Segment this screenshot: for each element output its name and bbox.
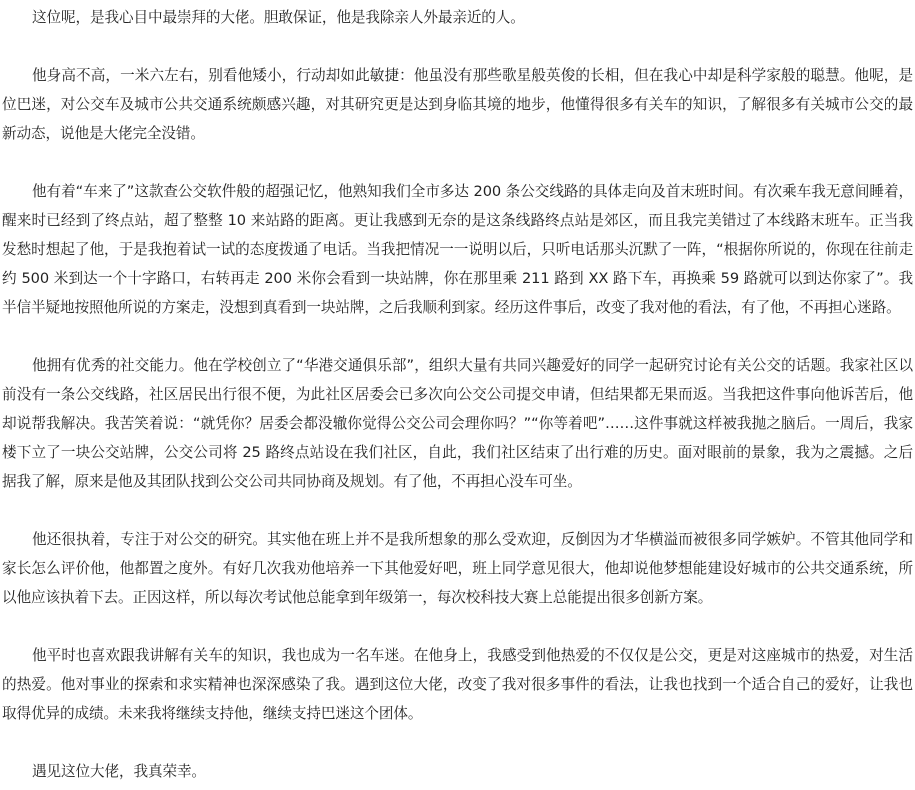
document-body: 这位呢，是我心目中最崇拜的大佬。胆敢保证，他是我除亲人外最亲近的人。 他身高不高… (0, 0, 915, 786)
paragraph-memory-story: 他有着“车来了”这款查公交软件般的超强记忆，他熟知我们全市多达 200 条公交线… (2, 177, 913, 322)
paragraph-description: 他身高不高，一米六左右，别看他矮小，行动却如此敏捷：他虽没有那些歌星般英俊的长相… (2, 61, 913, 148)
paragraph-social-ability: 他拥有优秀的社交能力。他在学校创立了“华港交通俱乐部”，组织大量有共同兴趣爱好的… (2, 351, 913, 496)
paragraph-persistence: 他还很执着，专注于对公交的研究。其实他在班上并不是我所想象的那么受欢迎，反倒因为… (2, 525, 913, 612)
paragraph-intro: 这位呢，是我心目中最崇拜的大佬。胆敢保证，他是我除亲人外最亲近的人。 (2, 3, 913, 32)
paragraph-influence: 他平时也喜欢跟我讲解有关车的知识，我也成为一名车迷。在他身上，我感受到他热爱的不… (2, 641, 913, 728)
paragraph-conclusion: 遇见这位大佬，我真荣幸。 (2, 757, 913, 786)
